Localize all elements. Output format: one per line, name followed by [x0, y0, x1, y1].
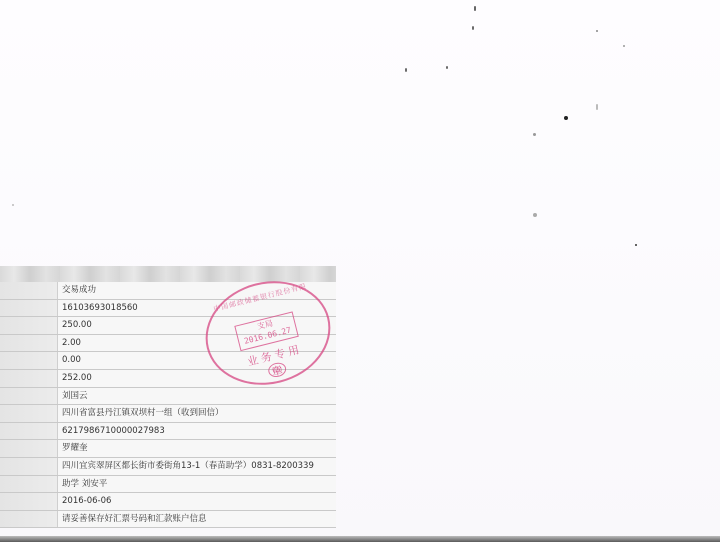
label-cell	[0, 388, 58, 405]
label-cell	[0, 282, 58, 299]
scan-bottom-edge	[0, 536, 720, 542]
label-cell	[0, 300, 58, 317]
row-note: 助学 刘安平	[0, 476, 336, 494]
note-value: 助学 刘安平	[58, 476, 336, 493]
row-account-number: 6217986710000027983	[0, 423, 336, 441]
label-cell	[0, 493, 58, 510]
label-cell	[0, 440, 58, 457]
scan-speck	[472, 26, 474, 30]
scan-speck	[12, 204, 14, 206]
remitter-address-value: 四川宜宾翠屏区都长街市委街角13-1（春苗助学）0831-8200339	[58, 458, 336, 475]
scan-speck	[635, 244, 637, 246]
row-notice: 请妥善保存好汇票号码和汇款账户信息	[0, 511, 336, 529]
label-cell	[0, 405, 58, 422]
label-cell	[0, 335, 58, 352]
row-payee-address: 四川省富县丹江镇双坝村一组（收到回信）	[0, 405, 336, 423]
scan-speck	[623, 45, 625, 47]
scan-speck	[533, 133, 536, 136]
scan-speck	[446, 66, 448, 69]
label-cell	[0, 352, 58, 369]
label-cell	[0, 511, 58, 528]
row-remitter-name: 罗耀奎	[0, 440, 336, 458]
date-value: 2016-06-06	[58, 493, 336, 510]
receipt-header-band	[0, 266, 336, 282]
row-date: 2016-06-06	[0, 493, 336, 511]
scan-speck	[596, 104, 598, 110]
label-cell	[0, 370, 58, 387]
scan-speck	[533, 213, 537, 217]
remitter-name-value: 罗耀奎	[58, 440, 336, 457]
scan-speck	[474, 6, 476, 11]
payee-name-value: 刘国云	[58, 388, 336, 405]
label-cell	[0, 317, 58, 334]
label-cell	[0, 458, 58, 475]
notice-value: 请妥善保存好汇票号码和汇款账户信息	[58, 511, 336, 528]
label-cell	[0, 423, 58, 440]
payee-address-value: 四川省富县丹江镇双坝村一组（收到回信）	[58, 405, 336, 422]
scan-speck	[596, 30, 598, 32]
scan-speck	[564, 116, 568, 120]
scan-speck	[405, 68, 407, 72]
account-number-value: 6217986710000027983	[58, 423, 336, 440]
row-payee-name: 刘国云	[0, 388, 336, 406]
row-remitter-address: 四川宜宾翠屏区都长街市委街角13-1（春苗助学）0831-8200339	[0, 458, 336, 476]
label-cell	[0, 476, 58, 493]
